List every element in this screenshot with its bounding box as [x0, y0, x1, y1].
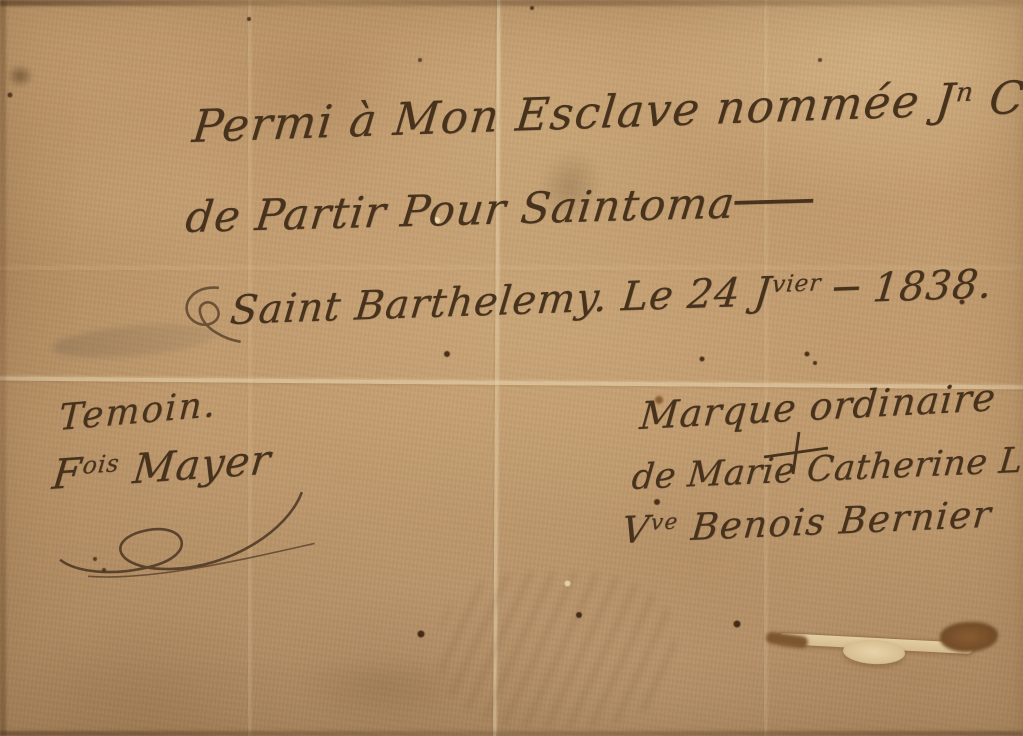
- widow-names: Benois Bernier: [676, 493, 994, 550]
- mark-line-1-text: Marque ordinaire: [638, 375, 998, 438]
- signature-surname: Mayer: [116, 435, 273, 494]
- signature-initial: F: [50, 448, 84, 499]
- permit-line-1: Permi à Mon Esclave nommée Jn Charle: [190, 66, 1023, 153]
- flourish-dash: ───: [732, 176, 815, 228]
- dateline-text: Saint Barthelemy. Le 24 J: [228, 269, 774, 334]
- widow-initial: V: [620, 508, 652, 552]
- witness-label: Temoin.: [58, 384, 218, 439]
- slave-name-superscript: n: [955, 77, 976, 108]
- dirt-streaks-bottom-center: [440, 572, 675, 727]
- ink-specks: [0, 0, 4, 4]
- slave-name: Charle: [971, 66, 1023, 125]
- signature-flourish-icon: [54, 485, 323, 587]
- dateline-year: ─ 1838.: [818, 261, 995, 313]
- signature-superscript: ois: [81, 449, 121, 480]
- witness-label-text: Temoin.: [58, 384, 218, 439]
- manuscript-page: Permi à Mon Esclave nommée Jn Charle de …: [0, 0, 1023, 736]
- dateline: Saint Barthelemy. Le 24 Jvier ─ 1838.: [228, 261, 995, 334]
- tear-light-strip: [778, 633, 973, 654]
- paper-flecks: [0, 0, 5, 5]
- paper-tear: [758, 620, 1003, 672]
- tear-dark-end-left: [765, 631, 808, 649]
- mark-line-3: Vve Benois Bernier: [620, 493, 994, 552]
- ink-smudge-top-left: [6, 64, 34, 88]
- tear-bulge: [842, 638, 905, 665]
- edge-shadow-bottom: [0, 731, 1023, 736]
- mark-line-1: Marque ordinaire: [638, 375, 998, 438]
- permit-line-2: de Partir Pour Saintoma───: [183, 176, 815, 243]
- month-superscript: vier: [771, 269, 823, 298]
- edge-shadow-left: [0, 0, 6, 736]
- permit-line-2-text: de Partir Pour Saintoma: [183, 178, 738, 243]
- dirt-blot-bottom-left: [295, 655, 465, 720]
- permit-line-1-text: Permi à Mon Esclave nommée J: [190, 73, 958, 153]
- edge-shadow-top: [0, 0, 1023, 6]
- widow-superscript: ve: [650, 510, 680, 536]
- tear-dark-end-right: [940, 622, 998, 652]
